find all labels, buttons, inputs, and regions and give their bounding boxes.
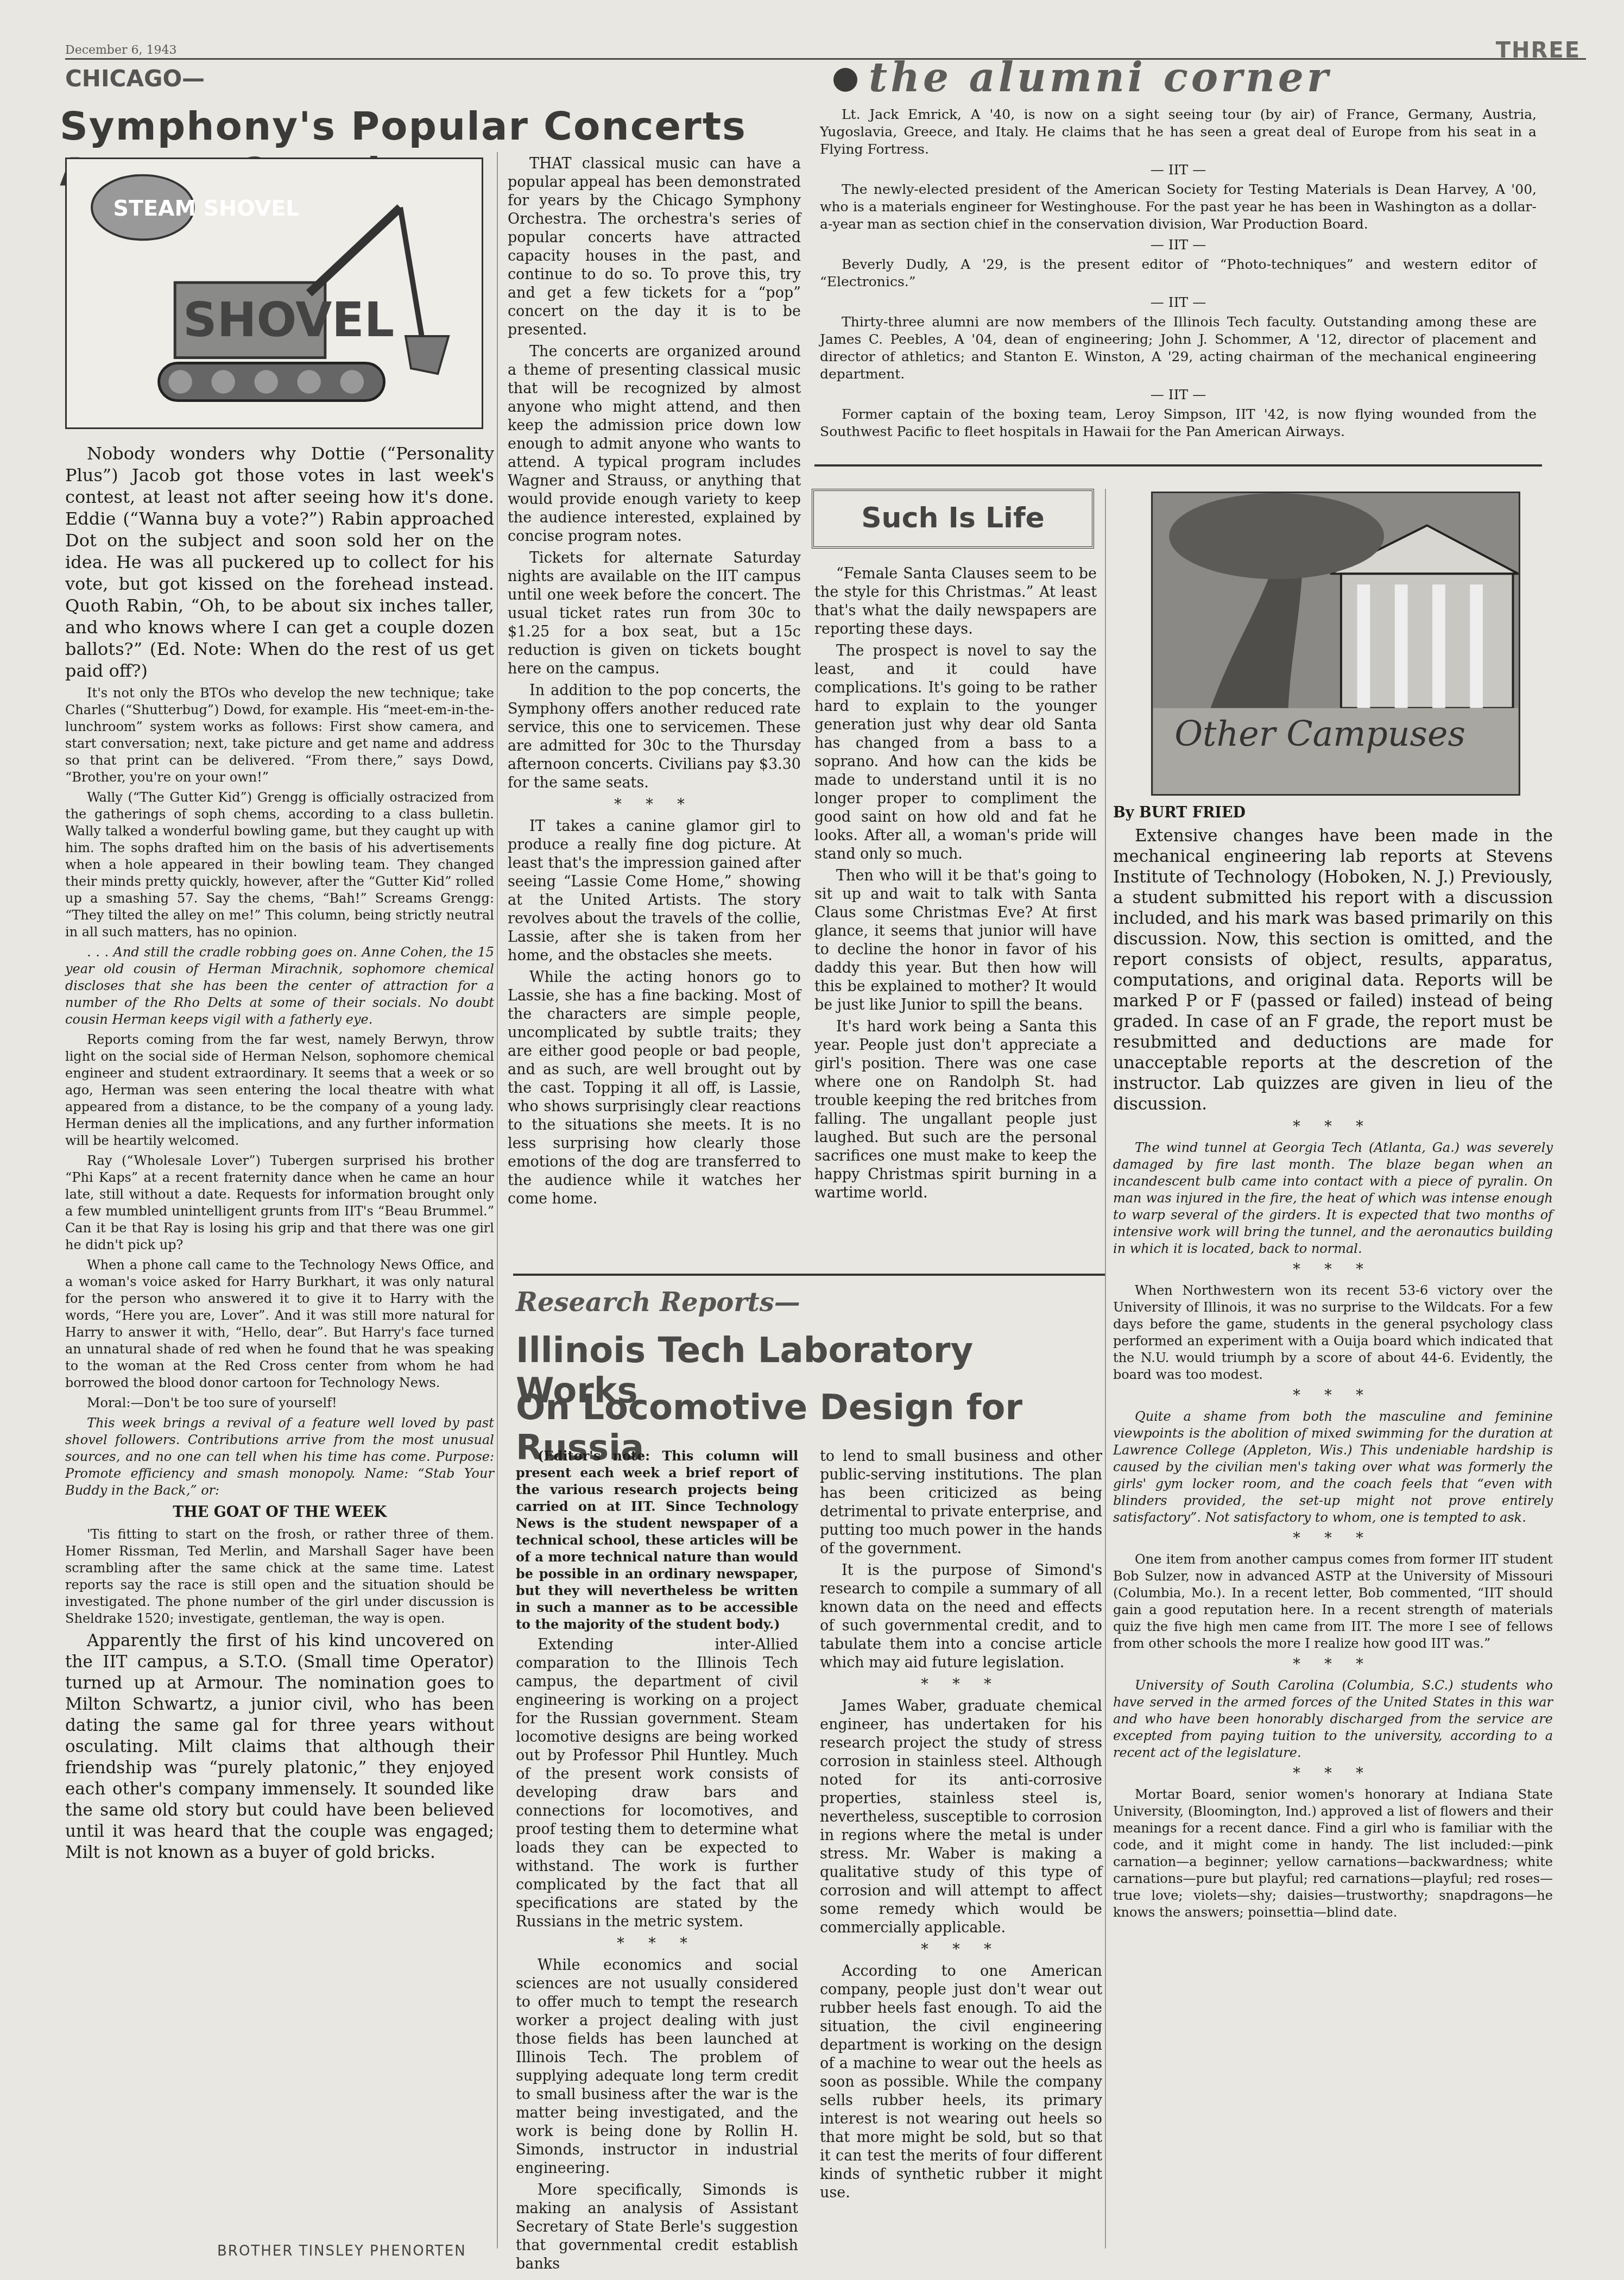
issue-date: December 6, 1943 bbox=[65, 43, 176, 57]
paragraph: 'Tis fitting to start on the frosh, or r… bbox=[65, 1526, 494, 1627]
divider bbox=[513, 1274, 1105, 1276]
alumni-corner-title: the alumni corner bbox=[869, 54, 1331, 101]
paragraph: James Waber, graduate chemical engineer,… bbox=[820, 1697, 1102, 1937]
such-is-life-article: “Female Santa Clauses seem to be the sty… bbox=[814, 565, 1097, 1206]
paragraph: Then who will it be that's going to sit … bbox=[814, 867, 1097, 1015]
separator: * * * bbox=[820, 1676, 1102, 1694]
steam-shovel-illustration: STEAM SHOVEL SHOVEL bbox=[65, 158, 483, 429]
paragraph: The prospect is novel to say the least, … bbox=[814, 642, 1097, 864]
paragraph: Extensive changes have been made in the … bbox=[1113, 826, 1553, 1114]
paragraph: It's not only the BTOs who develop the n… bbox=[65, 685, 494, 786]
separator: — IIT — bbox=[820, 236, 1537, 254]
separator: — IIT — bbox=[820, 386, 1537, 404]
newspaper-page: December 6, 1943 THREE CHICAGO— Symphony… bbox=[0, 0, 1624, 2280]
paragraph: More specifically, Simonds is making an … bbox=[516, 2181, 798, 2273]
separator: * * * bbox=[820, 1941, 1102, 1959]
steam-shovel-icon: STEAM SHOVEL SHOVEL bbox=[67, 159, 482, 427]
research-column-1: (Editor's note: This column will present… bbox=[516, 1447, 798, 2277]
alumni-item: Lt. Jack Emrick, A '40, is now on a sigh… bbox=[820, 106, 1537, 158]
column-rule bbox=[497, 152, 498, 2248]
paragraph: This week brings a revival of a feature … bbox=[65, 1415, 494, 1499]
alumni-item: Beverly Dudly, A '29, is the present edi… bbox=[820, 256, 1537, 291]
separator: * * * bbox=[1113, 1261, 1553, 1279]
goat-heading: THE GOAT OF THE WEEK bbox=[65, 1503, 494, 1522]
campus-building-icon: Other Campuses bbox=[1153, 493, 1519, 794]
svg-text:Other Campuses: Other Campuses bbox=[1174, 714, 1465, 754]
masthead: December 6, 1943 THREE bbox=[65, 38, 1586, 60]
alumni-item: Former captain of the boxing team, Leroy… bbox=[820, 406, 1537, 440]
alumni-item: Thirty-three alumni are now members of t… bbox=[820, 313, 1537, 383]
separator: * * * bbox=[1113, 1529, 1553, 1548]
other-campuses-illustration: Other Campuses bbox=[1151, 492, 1520, 796]
paragraph: Extending inter-Allied comparation to th… bbox=[516, 1636, 798, 1931]
paragraph: The wind tunnel at Georgia Tech (Atlanta… bbox=[1113, 1139, 1553, 1257]
research-column-2: to lend to small business and other publ… bbox=[820, 1447, 1102, 2206]
separator: * * * bbox=[1113, 1387, 1553, 1405]
paragraph: While the acting honors go to Lassie, sh… bbox=[508, 968, 801, 1208]
symphony-article: THAT classical music can have a popular … bbox=[508, 155, 801, 1212]
alumni-item: The newly-elected president of the Ameri… bbox=[820, 181, 1537, 233]
svg-text:SHOVEL: SHOVEL bbox=[183, 292, 394, 348]
paragraph: Moral:—Don't be too sure of yourself! bbox=[65, 1395, 494, 1412]
alumni-corner: Lt. Jack Emrick, A '40, is now on a sigh… bbox=[820, 106, 1537, 444]
paragraph: It is the purpose of Simond's research t… bbox=[820, 1561, 1102, 1672]
paragraph: When Northwestern won its recent 53-6 vi… bbox=[1113, 1282, 1553, 1383]
signature: BROTHER TINSLEY PHENORTEN bbox=[217, 2243, 466, 2259]
paragraph: Quite a shame from both the masculine an… bbox=[1113, 1408, 1553, 1526]
paragraph: . . . And still the cradle robbing goes … bbox=[65, 944, 494, 1028]
paragraph: Mortar Board, senior women's honorary at… bbox=[1113, 1786, 1553, 1921]
separator: * * * bbox=[516, 1935, 798, 1953]
bullet-icon bbox=[833, 68, 857, 92]
paragraph: According to one American company, peopl… bbox=[820, 1962, 1102, 2202]
svg-text:STEAM SHOVEL: STEAM SHOVEL bbox=[113, 196, 300, 221]
separator: * * * bbox=[1113, 1118, 1553, 1136]
paragraph: Tickets for alternate Saturday nights ar… bbox=[508, 549, 801, 678]
divider bbox=[814, 464, 1542, 467]
research-reports-label: Research Reports— bbox=[516, 1287, 800, 1318]
paragraph: to lend to small business and other publ… bbox=[820, 1447, 1102, 1558]
column-rule bbox=[1105, 489, 1106, 2248]
other-campuses-article: By BURT FRIED Extensive changes have bee… bbox=[1113, 804, 1553, 1924]
editors-note: (Editor's note: This column will present… bbox=[516, 1447, 798, 1633]
paragraph: Nobody wonders why Dottie (“Personality … bbox=[65, 443, 494, 682]
paragraph: Reports coming from the far west, namely… bbox=[65, 1031, 494, 1149]
page-number: THREE bbox=[1496, 38, 1581, 63]
paragraph: It's hard work being a Santa this year. … bbox=[814, 1018, 1097, 1202]
separator: — IIT — bbox=[820, 161, 1537, 179]
paragraph: The concerts are organized around a them… bbox=[508, 343, 801, 546]
separator: * * * bbox=[1113, 1765, 1553, 1783]
separator: * * * bbox=[508, 796, 801, 814]
byline: By BURT FRIED bbox=[1113, 804, 1553, 822]
paragraph: One item from another campus comes from … bbox=[1113, 1551, 1553, 1652]
paragraph: THAT classical music can have a popular … bbox=[508, 155, 801, 339]
paragraph: Wally (“The Gutter Kid”) Grengg is offic… bbox=[65, 789, 494, 941]
paragraph: Apparently the first of his kind uncover… bbox=[65, 1630, 494, 1863]
separator: — IIT — bbox=[820, 294, 1537, 311]
paragraph: In addition to the pop concerts, the Sym… bbox=[508, 682, 801, 792]
paragraph: IT takes a canine glamor girl to produce… bbox=[508, 817, 801, 965]
paragraph: Ray (“Wholesale Lover”) Tubergen surpris… bbox=[65, 1152, 494, 1254]
paragraph: When a phone call came to the Technology… bbox=[65, 1257, 494, 1391]
gossip-column: Nobody wonders why Dottie (“Personality … bbox=[65, 443, 494, 1867]
such-is-life-title: Such Is Life bbox=[812, 489, 1094, 549]
separator: * * * bbox=[1113, 1655, 1553, 1674]
paragraph: “Female Santa Clauses seem to be the sty… bbox=[814, 565, 1097, 639]
paragraph: While economics and social sciences are … bbox=[516, 1956, 798, 2178]
paragraph: University of South Carolina (Columbia, … bbox=[1113, 1677, 1553, 1761]
column-logo: CHICAGO— bbox=[65, 65, 205, 92]
